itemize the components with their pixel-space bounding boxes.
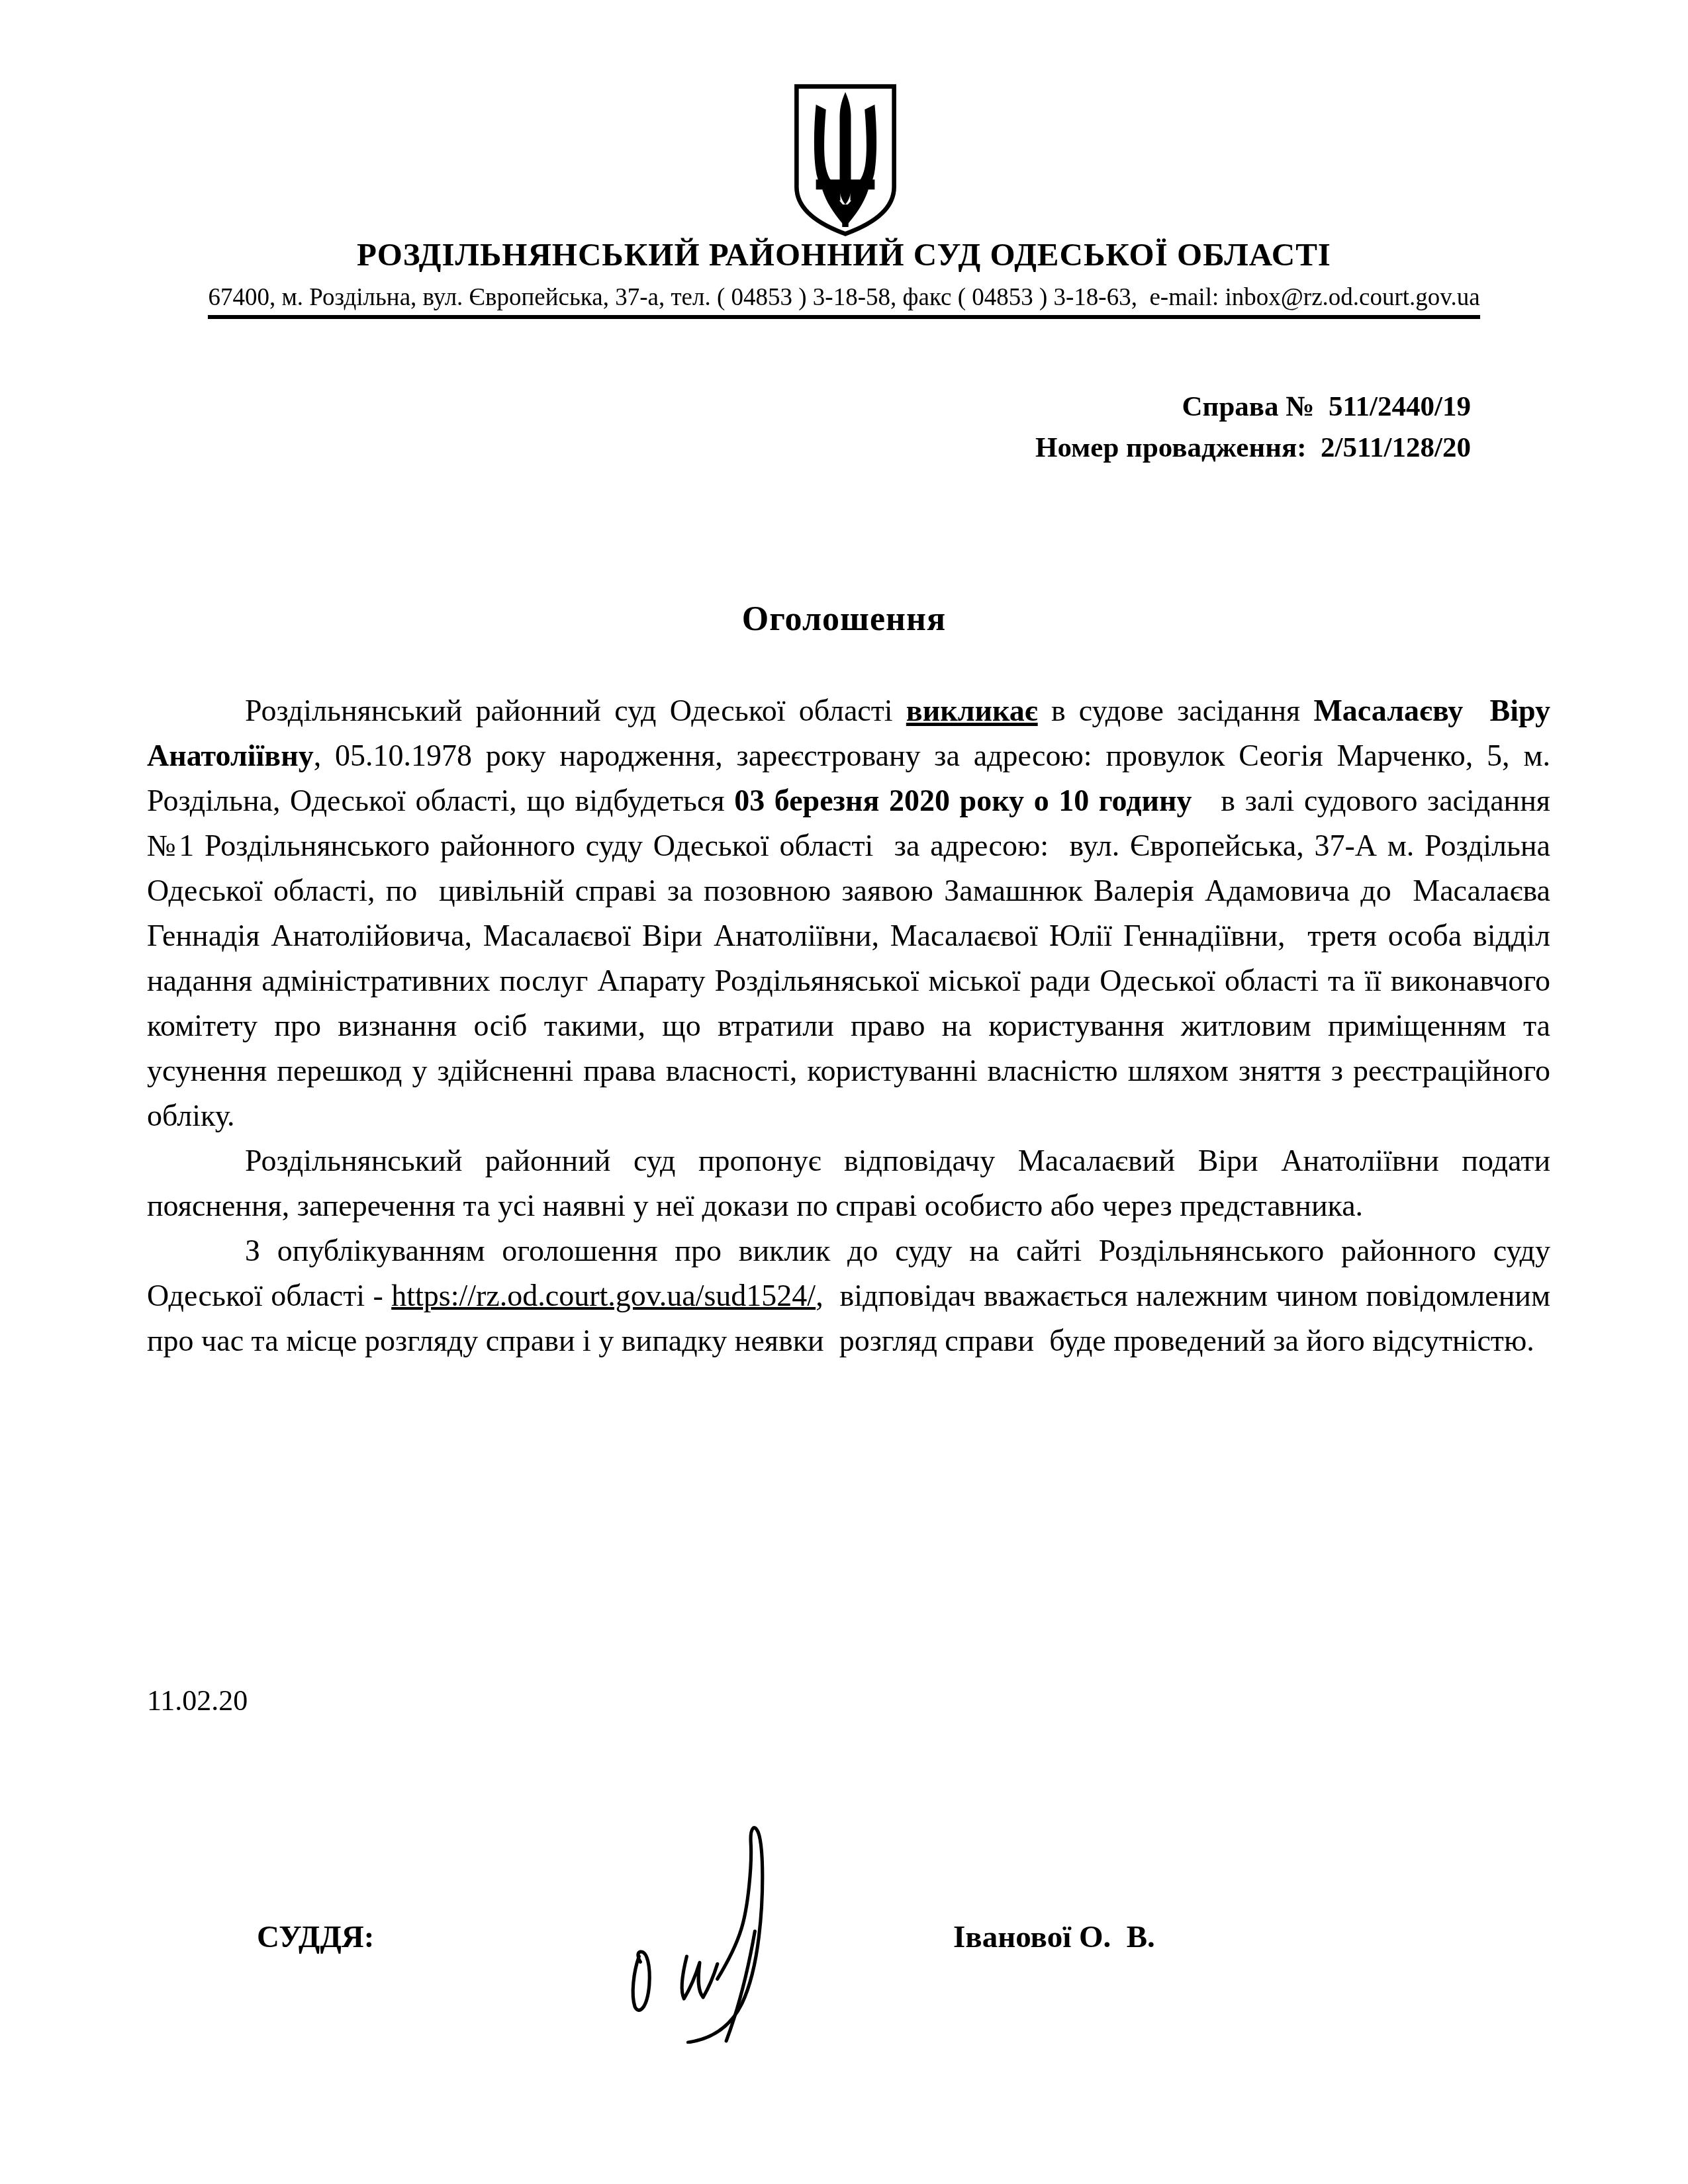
- paragraph: Роздільнянський районний суд Одеської об…: [147, 688, 1550, 1138]
- text-run: Роздільнянський районний суд пропонує ві…: [147, 1144, 1558, 1222]
- case-number-line: Справа № 511/2440/19: [1035, 387, 1471, 428]
- paragraph: Роздільнянський районний суд пропонує ві…: [147, 1138, 1550, 1228]
- court-site-link[interactable]: https://rz.od.court.gov.ua/sud1524/: [391, 1279, 816, 1312]
- court-address-line: 67400, м. Роздільна, вул. Європейська, 3…: [0, 283, 1688, 319]
- court-address-text: 67400, м. Роздільна, вул. Європейська, 3…: [208, 283, 1479, 319]
- judge-name: Іванової О. В.: [953, 1919, 1155, 1955]
- text-run: викликає: [906, 694, 1038, 727]
- document-title: Оголошення: [0, 600, 1688, 639]
- court-document-page: РОЗДІЛЬНЯНСЬКИЙ РАЙОННИЙ СУД ОДЕСЬКОЇ ОБ…: [0, 0, 1688, 2184]
- text-run: 03 березня 2020 року о 10 годину: [734, 784, 1192, 817]
- body-paragraphs: Роздільнянський районний суд Одеської об…: [147, 688, 1550, 1363]
- trident-emblem-icon: [790, 82, 901, 238]
- judge-label: СУДДЯ:: [257, 1919, 374, 1955]
- announcement-date: 11.02.20: [147, 1684, 248, 1717]
- paragraph: З опублікуванням оголошення про виклик д…: [147, 1228, 1550, 1363]
- case-info-block: Справа № 511/2440/19 Номер провадження: …: [1035, 387, 1471, 469]
- judge-signature-icon: [608, 1812, 839, 2044]
- text-run: в судове засідання: [1038, 694, 1314, 727]
- text-run: Роздільнянський районний суд Одеської об…: [245, 694, 906, 727]
- court-name-title: РОЗДІЛЬНЯНСЬКИЙ РАЙОННИЙ СУД ОДЕСЬКОЇ ОБ…: [0, 236, 1688, 273]
- text-run: в залі судового засідання №1 Роздільнянс…: [147, 784, 1558, 1132]
- proceeding-number-line: Номер провадження: 2/511/128/20: [1035, 428, 1471, 469]
